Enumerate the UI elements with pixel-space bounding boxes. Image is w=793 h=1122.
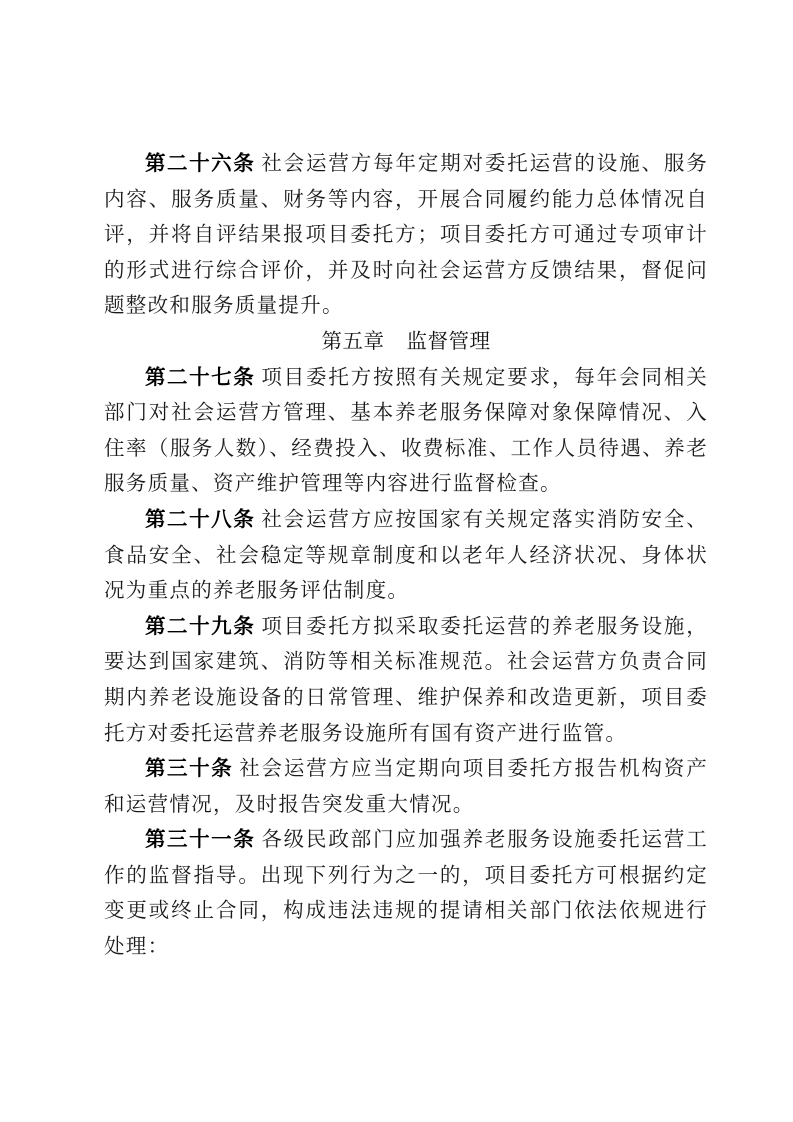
- article-text: 社会运营方每年定期对委托运营的设施、服务内容、服务质量、财务等内容，开展合同履约…: [104, 151, 708, 317]
- article-26: 第二十六条社会运营方每年定期对委托运营的设施、服务内容、服务质量、财务等内容，开…: [104, 146, 708, 324]
- article-number: 第二十八条: [145, 507, 255, 531]
- chapter-number: 第五章: [322, 329, 385, 353]
- chapter-title: 监督管理: [407, 329, 491, 353]
- article-30: 第三十条社会运营方应当定期向项目委托方报告机构资产和运营情况，及时报告突发重大情…: [104, 751, 708, 822]
- article-number: 第二十六条: [145, 151, 255, 175]
- document-page: 第二十六条社会运营方每年定期对委托运营的设施、服务内容、服务质量、财务等内容，开…: [104, 146, 708, 965]
- chapter-heading: 第五章监督管理: [104, 324, 708, 360]
- article-31: 第三十一条各级民政部门应加强养老服务设施委托运营工作的监督指导。出现下列行为之一…: [104, 822, 708, 964]
- article-number: 第二十七条: [145, 365, 255, 389]
- article-28: 第二十八条社会运营方应按国家有关规定落实消防安全、食品安全、社会稳定等规章制度和…: [104, 502, 708, 609]
- article-29: 第二十九条项目委托方拟采取委托运营的养老服务设施，要达到国家建筑、消防等相关标准…: [104, 609, 708, 751]
- article-number: 第二十九条: [145, 614, 255, 638]
- article-number: 第三十条: [145, 756, 233, 780]
- article-27: 第二十七条项目委托方按照有关规定要求，每年会同相关部门对社会运营方管理、基本养老…: [104, 360, 708, 502]
- article-number: 第三十一条: [145, 827, 255, 851]
